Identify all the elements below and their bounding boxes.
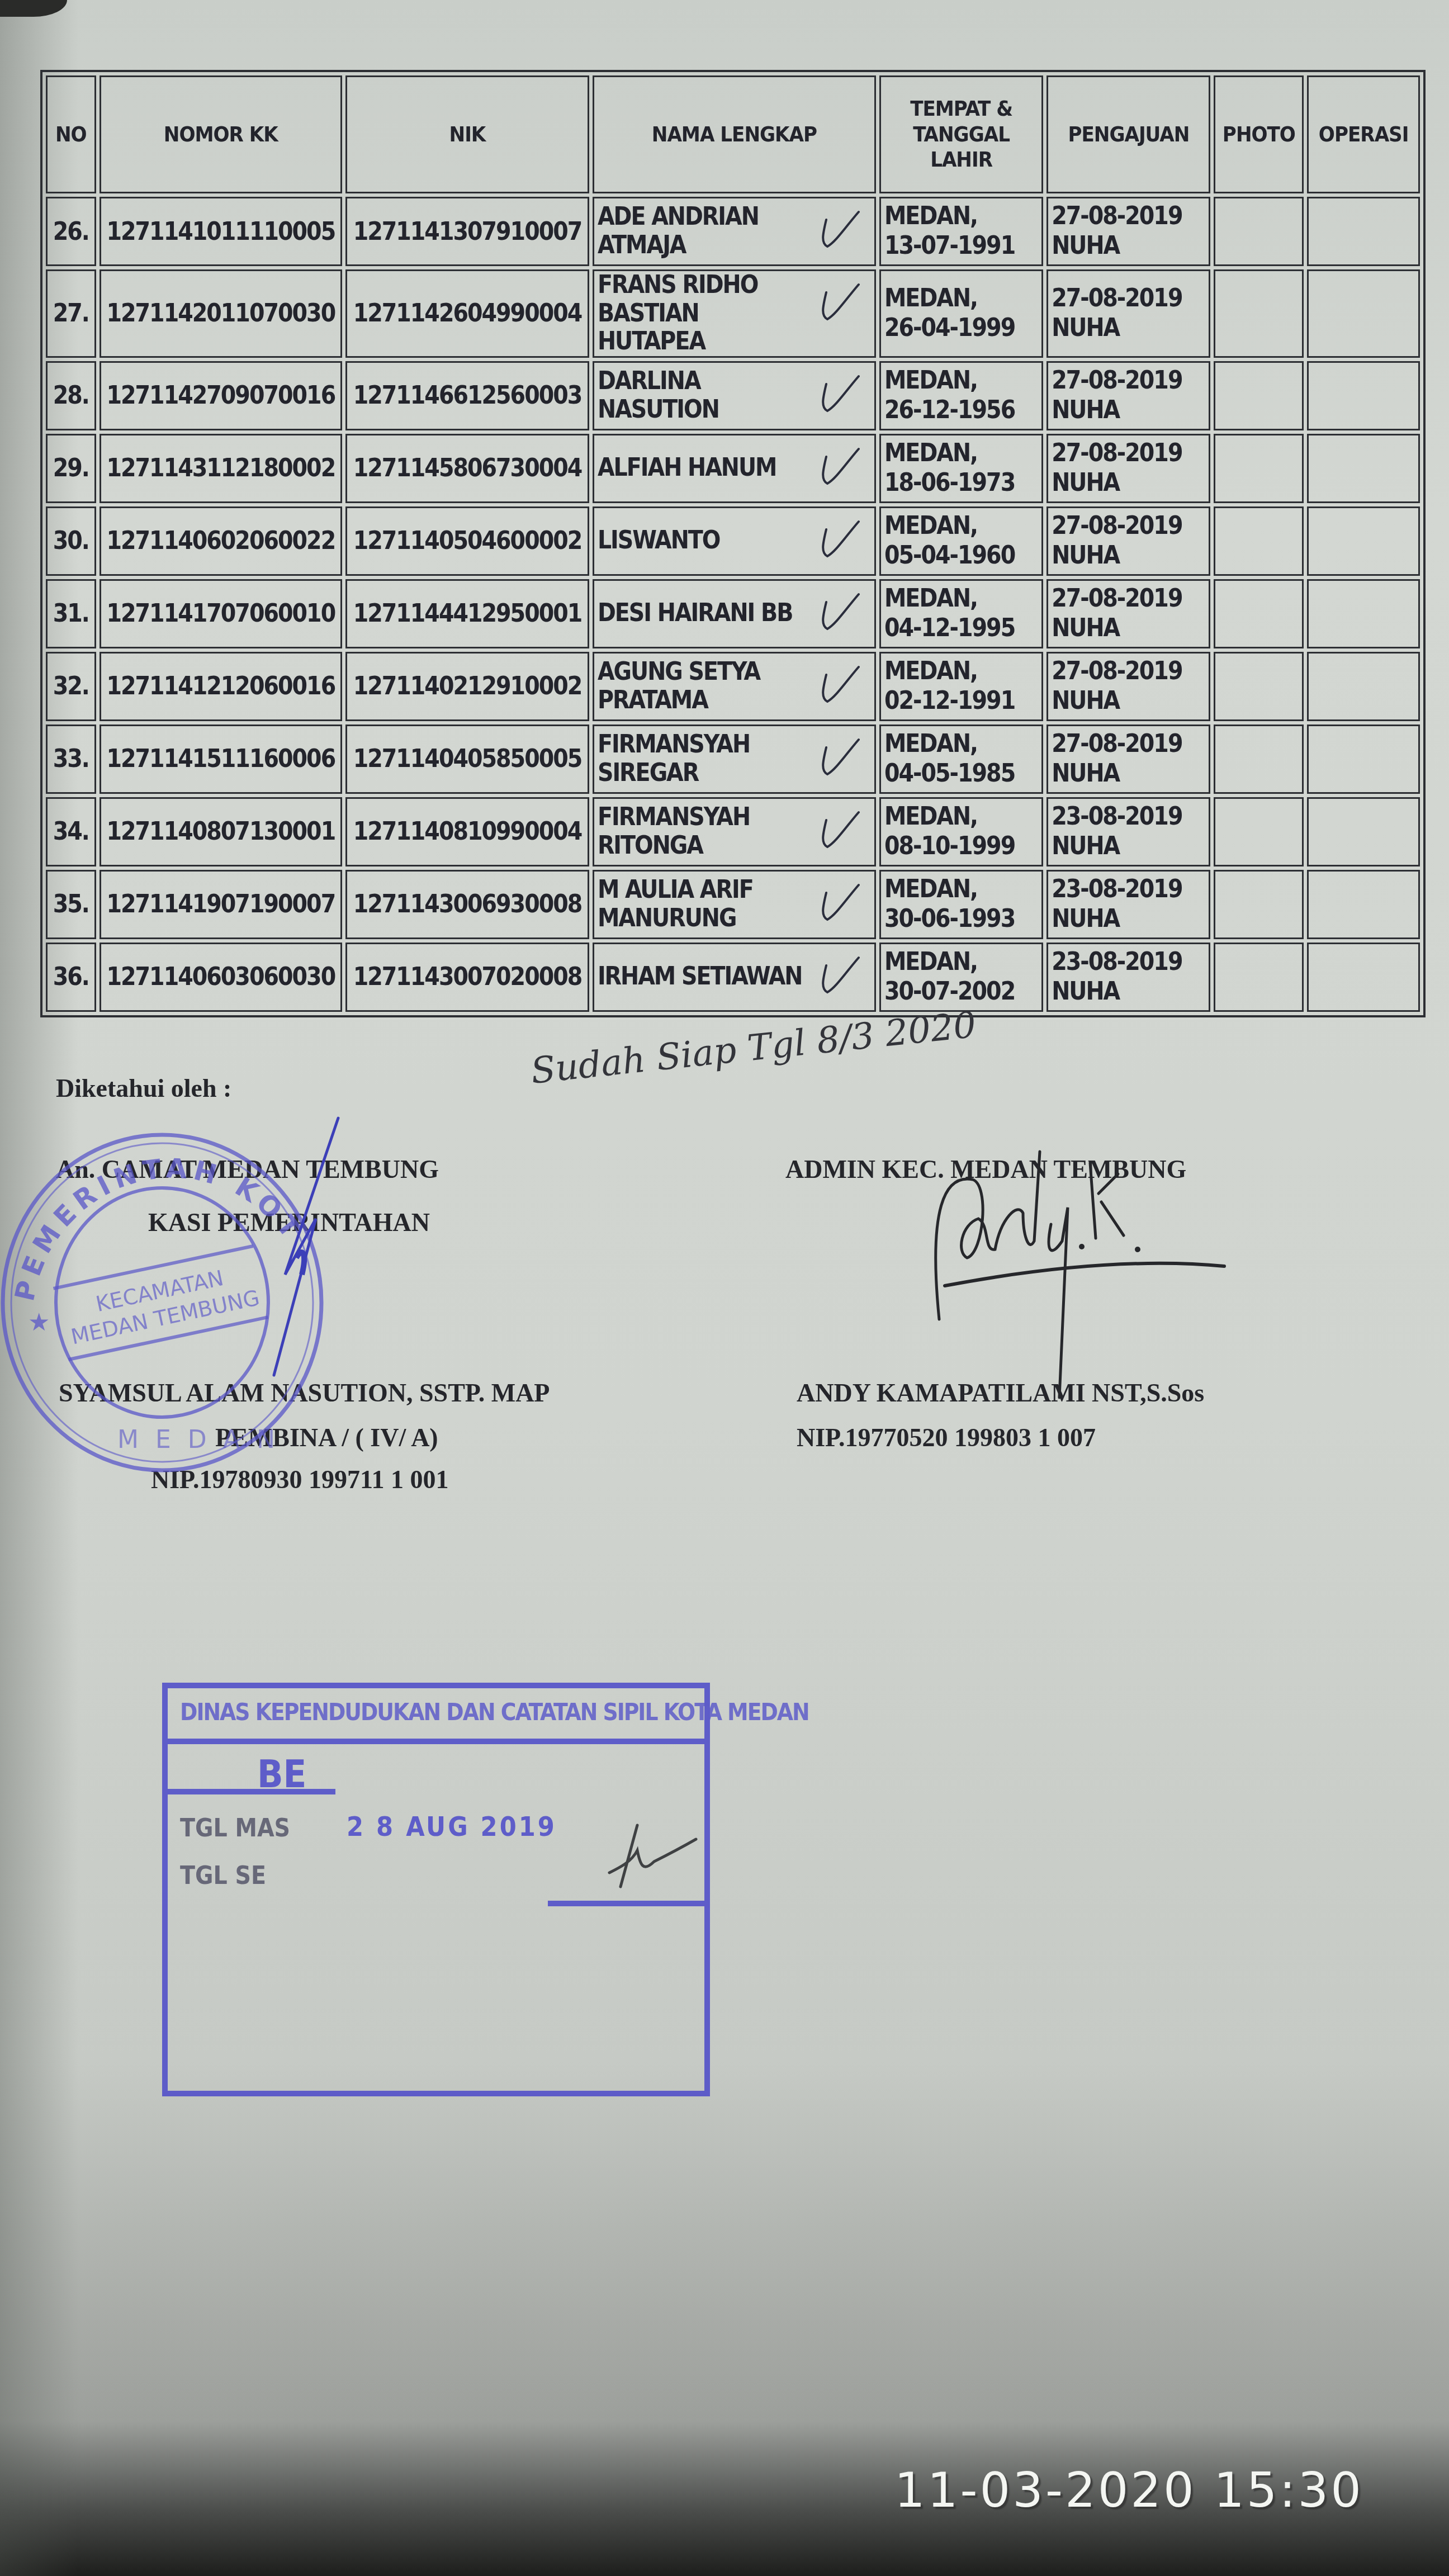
cell-photo [1214,724,1304,794]
header-pengajuan: PENGAJUAN [1046,75,1210,193]
submitter: NUHA [1052,314,1205,343]
receipt-stamp-label-row [168,1744,335,1794]
cell-operasi [1307,724,1420,794]
cell-no: 34. [46,797,96,866]
cell-no: 28. [46,361,96,430]
name-text: FIRMANSYAH SIREGAR [598,731,810,787]
table-row: 35. 1271141907190007 1271143006930008 M … [46,870,1420,939]
name-text: IRHAM SETIAWAN [598,963,802,991]
cell-no: 31. [46,579,96,648]
checkmark-icon [811,736,861,781]
birth-date: 18-06-1973 [884,468,1038,498]
checkmark-icon [811,209,861,253]
cell-no: 32. [46,652,96,721]
submission-date: 27-08-2019 [1052,730,1205,759]
right-signature [922,1140,1286,1409]
cell-no: 27. [46,269,96,358]
header-photo: PHOTO [1214,75,1304,193]
cell-tempat-tanggal-lahir: MEDAN, 26-04-1999 [879,269,1043,358]
cell-no: 29. [46,434,96,503]
cell-tempat-tanggal-lahir: MEDAN, 08-10-1999 [879,797,1043,866]
birth-date: 30-07-2002 [884,977,1038,1007]
cell-tempat-tanggal-lahir: MEDAN, 30-06-1993 [879,870,1043,939]
svg-text:PEMERINTAH KOTA: PEMERINTAH KOTA [0,1118,308,1304]
cell-photo [1214,652,1304,721]
cell-no: 36. [46,943,96,1012]
checkmark-icon [811,954,861,999]
cell-photo [1214,870,1304,939]
cell-pengajuan: 23-08-2019 NUHA [1046,870,1210,939]
birth-place: MEDAN, [884,584,1038,614]
cell-nama-lengkap: FIRMANSYAH RITONGA [593,797,876,866]
birth-date: 26-04-1999 [884,314,1038,343]
cell-pengajuan: 27-08-2019 NUHA [1046,197,1210,266]
cell-nik: 1271145806730004 [345,434,589,503]
cell-pengajuan: 27-08-2019 NUHA [1046,269,1210,358]
submitter: NUHA [1052,905,1205,934]
submission-date: 23-08-2019 [1052,875,1205,905]
cell-nik: 1271144412950001 [345,579,589,648]
cell-nik: 1271143006930008 [345,870,589,939]
header-nama-lengkap: NAMA LENGKAP [593,75,876,193]
table-row: 32. 1271141212060016 1271140212910002 AG… [46,652,1420,721]
svg-text:★: ★ [28,1308,50,1337]
table-row: 31. 1271141707060010 1271144412950001 DE… [46,579,1420,648]
birth-date: 04-12-1995 [884,614,1038,643]
header-operasi: OPERASI [1307,75,1420,193]
submitter: NUHA [1052,614,1205,643]
receipt-stamp-initials [598,1822,699,1890]
table-header-row: NO NOMOR KK NIK NAMA LENGKAP TEMPAT & TA… [46,75,1420,193]
submission-date: 23-08-2019 [1052,948,1205,977]
photo-timestamp: 11-03-2020 15:30 [894,2463,1363,2518]
birth-date: 04-05-1985 [884,759,1038,789]
cell-nomor-kk: 1271140603060030 [100,943,342,1012]
receipt-stamp: DINAS KEPENDUDUKAN DAN CATATAN SIPIL KOT… [162,1683,710,2096]
cell-pengajuan: 27-08-2019 NUHA [1046,506,1210,576]
cell-photo [1214,943,1304,1012]
cell-operasi [1307,797,1420,866]
cell-operasi [1307,434,1420,503]
cell-operasi [1307,506,1420,576]
handwritten-note: Sudah Siap Tgl 8/3 2020 [529,1005,978,1092]
cell-nomor-kk: 1271141511160006 [100,724,342,794]
registration-table: NO NOMOR KK NIK NAMA LENGKAP TEMPAT & TA… [40,70,1426,1017]
cell-pengajuan: 27-08-2019 NUHA [1046,579,1210,648]
submission-date: 27-08-2019 [1052,366,1205,396]
checkmark-icon [811,664,861,708]
checkmark-icon [811,591,861,636]
known-by-label: Diketahui oleh : [56,1073,231,1103]
checkmark-icon [811,281,861,326]
stamp-outer-text: PEMERINTAH KOTA [0,1118,308,1304]
table-row: 34. 1271140807130001 1271140810990004 FI… [46,797,1420,866]
cell-nik: 1271142604990004 [345,269,589,358]
submitter: NUHA [1052,396,1205,425]
cell-nama-lengkap: M AULIA ARIF MANURUNG [593,870,876,939]
submission-date: 23-08-2019 [1052,802,1205,832]
cell-operasi [1307,579,1420,648]
receipt-stamp-divider [548,1901,704,1906]
cell-pengajuan: 23-08-2019 NUHA [1046,943,1210,1012]
cell-pengajuan: 23-08-2019 NUHA [1046,797,1210,866]
birth-place: MEDAN, [884,802,1038,832]
cell-pengajuan: 27-08-2019 NUHA [1046,361,1210,430]
cell-tempat-tanggal-lahir: MEDAN, 18-06-1973 [879,434,1043,503]
name-text: AGUNG SETYA PRATAMA [598,658,810,714]
name-text: ALFIAH HANUM [598,454,776,482]
cell-tempat-tanggal-lahir: MEDAN, 04-12-1995 [879,579,1043,648]
cell-nik: 1271140810990004 [345,797,589,866]
cell-nama-lengkap: FRANS RIDHO BASTIAN HUTAPEA [593,269,876,358]
cell-operasi [1307,361,1420,430]
name-text: ADE ANDRIAN ATMAJA [598,203,810,259]
table-row: 28. 1271142709070016 1271146612560003 DA… [46,361,1420,430]
cell-nama-lengkap: DARLINA NASUTION [593,361,876,430]
cell-no: 35. [46,870,96,939]
cell-operasi [1307,197,1420,266]
header-no: NO [46,75,96,193]
cell-photo [1214,197,1304,266]
header-nomor-kk: NOMOR KK [100,75,342,193]
left-signature [263,1107,352,1386]
cell-tempat-tanggal-lahir: MEDAN, 04-05-1985 [879,724,1043,794]
cell-nomor-kk: 1271140807130001 [100,797,342,866]
birth-place: MEDAN, [884,366,1038,396]
name-text: DARLINA NASUTION [598,367,810,424]
birth-date: 05-04-1960 [884,541,1038,571]
cell-nama-lengkap: AGUNG SETYA PRATAMA [593,652,876,721]
cell-no: 30. [46,506,96,576]
submitter: NUHA [1052,832,1205,861]
received-date: 2 8 AUG 2019 [347,1811,557,1843]
cell-no: 33. [46,724,96,794]
submitter: NUHA [1052,541,1205,571]
cell-operasi [1307,943,1420,1012]
cell-no: 26. [46,197,96,266]
cell-photo [1214,797,1304,866]
table-row: 29. 1271143112180002 1271145806730004 AL… [46,434,1420,503]
cell-nama-lengkap: ADE ANDRIAN ATMAJA [593,197,876,266]
table-body: 26. 1271141011110005 1271141307910007 AD… [46,197,1420,1012]
submitter: NUHA [1052,231,1205,261]
right-signer-nip: NIP.19770520 199803 1 007 [797,1423,1096,1452]
receipt-stamp-label: BE [257,1753,306,1797]
table-row: 30. 1271140602060022 1271140504600002 LI… [46,506,1420,576]
finished-date-label: TGL SE [180,1862,266,1890]
birth-date: 13-07-1991 [884,231,1038,261]
birth-place: MEDAN, [884,202,1038,231]
cell-nomor-kk: 1271142011070030 [100,269,342,358]
table-row: 27. 1271142011070030 1271142604990004 FR… [46,269,1420,358]
birth-place: MEDAN, [884,512,1038,541]
submitter: NUHA [1052,686,1205,716]
name-text: LISWANTO [598,527,720,555]
birth-place: MEDAN, [884,875,1038,905]
cell-nama-lengkap: ALFIAH HANUM [593,434,876,503]
submitter: NUHA [1052,468,1205,498]
svg-text:MEDAN: MEDAN [117,1426,292,1454]
cell-photo [1214,579,1304,648]
submission-date: 27-08-2019 [1052,512,1205,541]
table-row: 33. 1271141511160006 1271140405850005 FI… [46,724,1420,794]
birth-place: MEDAN, [884,730,1038,759]
cell-nomor-kk: 1271140602060022 [100,506,342,576]
cell-nik: 1271140405850005 [345,724,589,794]
cell-photo [1214,269,1304,358]
cell-photo [1214,434,1304,503]
name-text: DESI HAIRANI BB [598,599,792,628]
cell-pengajuan: 27-08-2019 NUHA [1046,434,1210,503]
cell-nik: 1271141307910007 [345,197,589,266]
checkmark-icon [811,882,861,926]
birth-date: 26-12-1956 [884,396,1038,425]
cell-photo [1214,361,1304,430]
submitter: NUHA [1052,977,1205,1007]
name-text: FIRMANSYAH RITONGA [598,803,810,860]
cell-photo [1214,506,1304,576]
submission-date: 27-08-2019 [1052,284,1205,314]
name-text: M AULIA ARIF MANURUNG [598,876,810,932]
cell-operasi [1307,870,1420,939]
cell-operasi [1307,269,1420,358]
checkmark-icon [811,809,861,854]
birth-place: MEDAN, [884,284,1038,314]
cell-nama-lengkap: LISWANTO [593,506,876,576]
cell-nomor-kk: 1271141011110005 [100,197,342,266]
name-text: FRANS RIDHO BASTIAN HUTAPEA [598,271,810,356]
checkmark-icon [811,518,861,563]
cell-nama-lengkap: IRHAM SETIAWAN [593,943,876,1012]
cell-tempat-tanggal-lahir: MEDAN, 13-07-1991 [879,197,1043,266]
cell-nik: 1271140504600002 [345,506,589,576]
checkmark-icon [811,373,861,418]
cell-nomor-kk: 1271141212060016 [100,652,342,721]
table-row: 36. 1271140603060030 1271143007020008 IR… [46,943,1420,1012]
cell-tempat-tanggal-lahir: MEDAN, 02-12-1991 [879,652,1043,721]
submitter: NUHA [1052,759,1205,789]
cell-nama-lengkap: FIRMANSYAH SIREGAR [593,724,876,794]
checkmark-icon [811,446,861,490]
cell-tempat-tanggal-lahir: MEDAN, 26-12-1956 [879,361,1043,430]
birth-place: MEDAN, [884,439,1038,468]
cell-operasi [1307,652,1420,721]
birth-place: MEDAN, [884,948,1038,977]
submission-date: 27-08-2019 [1052,657,1205,686]
cell-nomor-kk: 1271141907190007 [100,870,342,939]
submission-date: 27-08-2019 [1052,202,1205,231]
received-date-label: TGL MAS [180,1814,290,1843]
submission-date: 27-08-2019 [1052,439,1205,468]
receipt-stamp-header: DINAS KEPENDUDUKAN DAN CATATAN SIPIL KOT… [180,1698,809,1726]
submission-date: 27-08-2019 [1052,584,1205,614]
header-nik: NIK [345,75,589,193]
receipt-stamp-header-row: DINAS KEPENDUDUKAN DAN CATATAN SIPIL KOT… [168,1688,704,1744]
cell-pengajuan: 27-08-2019 NUHA [1046,652,1210,721]
cell-nomor-kk: 1271142709070016 [100,361,342,430]
birth-date: 02-12-1991 [884,686,1038,716]
header-tempat-tanggal-lahir: TEMPAT & TANGGAL LAHIR [879,75,1043,193]
birth-place: MEDAN, [884,657,1038,686]
cell-nama-lengkap: DESI HAIRANI BB [593,579,876,648]
cell-nik: 1271146612560003 [345,361,589,430]
birth-date: 08-10-1999 [884,832,1038,861]
cell-tempat-tanggal-lahir: MEDAN, 30-07-2002 [879,943,1043,1012]
cell-nik: 1271143007020008 [345,943,589,1012]
birth-date: 30-06-1993 [884,905,1038,934]
cell-nomor-kk: 1271143112180002 [100,434,342,503]
table-row: 26. 1271141011110005 1271141307910007 AD… [46,197,1420,266]
cell-nik: 1271140212910002 [345,652,589,721]
cell-tempat-tanggal-lahir: MEDAN, 05-04-1960 [879,506,1043,576]
cell-nomor-kk: 1271141707060010 [100,579,342,648]
cell-pengajuan: 27-08-2019 NUHA [1046,724,1210,794]
